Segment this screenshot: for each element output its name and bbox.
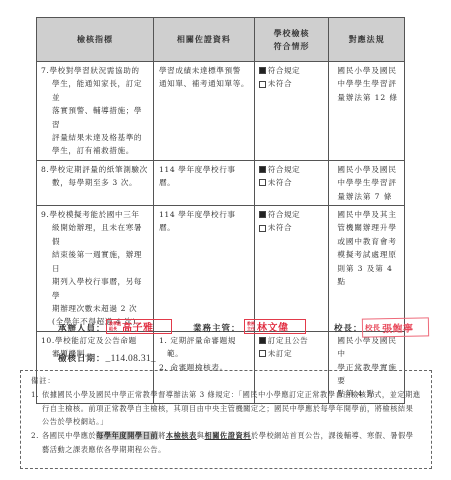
header-indicator: 檢核指標 [37, 18, 154, 62]
law-line: 國民小學及國民 [337, 163, 400, 176]
status-cell: 符合規定未符合 [254, 160, 329, 205]
law-line: 國民小學及國民 [337, 64, 400, 77]
indicator-line: 落實預警、輔導措施；學習 [41, 104, 150, 131]
note-item-2: 2. 各國民中學應於每學年度開學日前將本檢核表與相關佐證資料於學校網站首頁公告，… [31, 429, 421, 456]
status-option-label: 未符合 [268, 176, 292, 189]
evidence-cell: 學習成績未達標準預警通知單、補考通知單等。 [153, 62, 254, 161]
indicator-line: 學生，能通知家長，訂定並 [41, 77, 150, 104]
status-cell: 符合規定未符合 [254, 206, 329, 332]
principal-name: 張飽寧 [382, 320, 414, 336]
indicator-cell: 8.學校定期評量的紙筆測驗次數，每學期至多 3 次。 [37, 160, 154, 205]
indicator-line: 期列入學校行事曆，另每學 [41, 275, 150, 302]
note-number: 1. [31, 388, 39, 402]
evidence-cell: 114 學年度學校行事曆。 [153, 160, 254, 205]
notes-box: 備註： 1. 依據國民小學及國民中學正常教學督導辦法第 3 條規定：「國民中小學… [20, 370, 432, 469]
checked-checkbox-icon[interactable] [259, 67, 266, 74]
status-option[interactable]: 未訂定 [259, 347, 326, 360]
status-option[interactable]: 未符合 [259, 77, 326, 90]
checked-checkbox-icon[interactable] [259, 211, 266, 218]
header-law: 對應法規 [329, 18, 405, 62]
notes-title: 備註： [31, 374, 56, 388]
table-row: 8.學校定期評量的紙筆測驗次數，每學期至多 3 次。114 學年度學校行事曆。符… [37, 160, 405, 205]
indicator-line: 結束後第一週實施，辦理日 [41, 248, 150, 275]
check-date-label: 檢核日期： [58, 354, 106, 364]
note-prefix: 各國民中學應於 [42, 431, 96, 440]
indicator-cell: 9.學校模擬考能於國中三年級開始辦理，且未在寒暑假結束後第一週實施，辦理日期列入… [37, 206, 154, 332]
supervisor-label: 業務主管： [193, 322, 241, 334]
check-date-value: _114.08.31_ [106, 354, 156, 364]
indicator-line: 期辦理次數未超過 2 次 [41, 302, 150, 315]
status-option-label: 符合規定 [268, 163, 300, 176]
law-line: 則第 3 及第 4 點 [337, 262, 400, 289]
note-item-1: 1. 依據國民小學及國民中學正常教學督導辦法第 3 條規定：「國民中小學應訂定正… [31, 388, 421, 429]
law-line: 量辦法第 12 條 [337, 91, 400, 104]
note-underline-evidence: 相關佐證資料 [205, 431, 251, 440]
unchecked-checkbox-icon[interactable] [259, 81, 266, 88]
table-row: 9.學校模擬考能於國中三年級開始辦理，且未在寒暑假結束後第一週實施，辦理日期列入… [37, 206, 405, 332]
evidence-line: 學習成績未達標準預警 [159, 64, 251, 77]
handler-stamp: 教學組組長 高子雅 [106, 319, 172, 334]
table-row: 7.學校對學習狀況需協助的學生，能通知家長，訂定並落實預警、輔導措施；學習評量結… [37, 62, 405, 161]
indicator-line: 學生，訂有補救措施。 [41, 144, 150, 157]
evidence-line: 114 學年度學校行事曆。 [159, 163, 251, 190]
unchecked-checkbox-icon[interactable] [259, 179, 266, 186]
evidence-cell: 114 學年度學校行事曆。 [153, 206, 254, 332]
law-line: 管機關辦理升學 [337, 221, 400, 234]
status-option-label: 未符合 [268, 77, 292, 90]
law-line: 中學學生學習評 [337, 176, 400, 189]
law-cell: 國民中學及其主管機關辦理升學或國中教育會考模擬考試處理原則第 3 及第 4 點 [329, 206, 405, 332]
unchecked-checkbox-icon[interactable] [259, 225, 266, 232]
status-cell: 符合規定未符合 [254, 62, 329, 161]
supervisor-stamp-title: 教務主任 [247, 322, 256, 331]
principal-stamp-title: 校長 [365, 322, 380, 333]
status-option-label: 未訂定 [268, 347, 292, 360]
indicator-line: 7.學校對學習狀況需協助的 [41, 64, 150, 77]
header-status-line2: 符合情形 [274, 41, 310, 51]
law-line: 或國中教育會考 [337, 235, 400, 248]
handler-name: 高子雅 [122, 319, 154, 334]
handler-label: 承辦人員： [58, 322, 106, 334]
indicator-line: 數，每學期至多 3 次。 [41, 176, 150, 189]
note-underline-checklist: 本檢核表 [166, 431, 197, 440]
evidence-line: 通知單、補考通知單等。 [159, 77, 251, 90]
note-mid: 將 [158, 431, 166, 440]
checked-checkbox-icon[interactable] [259, 166, 266, 173]
note-text: 依據國民小學及國民中學正常教學督導辦法第 3 條規定：「國民中小學應訂定正常教學… [31, 388, 421, 429]
header-status: 學校檢核符合情形 [254, 18, 329, 62]
header-status-line1: 學校檢核 [274, 28, 310, 38]
law-line: 模擬考試處理原 [337, 248, 400, 261]
inspection-table: 檢核指標 相關佐證資料 學校檢核符合情形 對應法規 7.學校對學習狀況需協助的學… [36, 17, 405, 404]
note-number: 2. [31, 429, 39, 443]
status-option[interactable]: 符合規定 [259, 64, 326, 77]
note-mid: 與 [197, 431, 205, 440]
header-evidence: 相關佐證資料 [153, 18, 254, 62]
law-cell: 國民小學及國民中學學生學習評量辦法第 12 條 [329, 62, 405, 161]
indicator-cell: 7.學校對學習狀況需協助的學生，能通知家長，訂定並落實預警、輔導措施；學習評量結… [37, 62, 154, 161]
supervisor-name: 林文偉 [257, 319, 289, 334]
law-line: 國民中學及其主 [337, 208, 400, 221]
indicator-line: 評量結果未達及格基準的 [41, 131, 150, 144]
evidence-line: 114 學年度學校行事曆。 [159, 208, 251, 235]
supervisor-stamp: 教務主任 林文偉 [244, 319, 306, 334]
indicator-line: 9.學校模擬考能於國中三年 [41, 208, 150, 221]
handler-stamp-title: 教學組組長 [109, 322, 121, 331]
status-option[interactable]: 符合規定 [259, 163, 326, 176]
principal-label: 校長： [334, 322, 363, 334]
note-text: 各國民中學應於每學年度開學日前將本檢核表與相關佐證資料於學校網站首頁公告，課後輔… [31, 429, 421, 456]
unchecked-checkbox-icon[interactable] [259, 350, 266, 357]
law-line: 中學學生學習評 [337, 77, 400, 90]
status-option-label: 符合規定 [268, 64, 300, 77]
indicator-line: 級開始辦理，且未在寒暑假 [41, 221, 150, 248]
check-date: 檢核日期：_114.08.31_ [58, 352, 156, 364]
signature-row: 承辦人員： 教學組組長 高子雅 業務主管： 教務主任 林文偉 校長： 校長 張飽… [0, 317, 451, 343]
status-option[interactable]: 未符合 [259, 221, 326, 234]
status-option[interactable]: 未符合 [259, 176, 326, 189]
law-cell: 國民小學及國民中學學生學習評量辦法第 7 條 [329, 160, 405, 205]
note-highlight: 每學年度開學日前 [96, 431, 158, 440]
principal-stamp: 校長 張飽寧 [362, 317, 429, 337]
table-header-row: 檢核指標 相關佐證資料 學校檢核符合情形 對應法規 [37, 18, 405, 62]
status-option-label: 未符合 [268, 221, 292, 234]
evidence-line: 範。 [159, 347, 251, 360]
law-line: 量辦法第 7 條 [337, 190, 400, 203]
status-option[interactable]: 符合規定 [259, 208, 326, 221]
indicator-line: 8.學校定期評量的紙筆測驗次 [41, 163, 150, 176]
status-option-label: 符合規定 [268, 208, 300, 221]
